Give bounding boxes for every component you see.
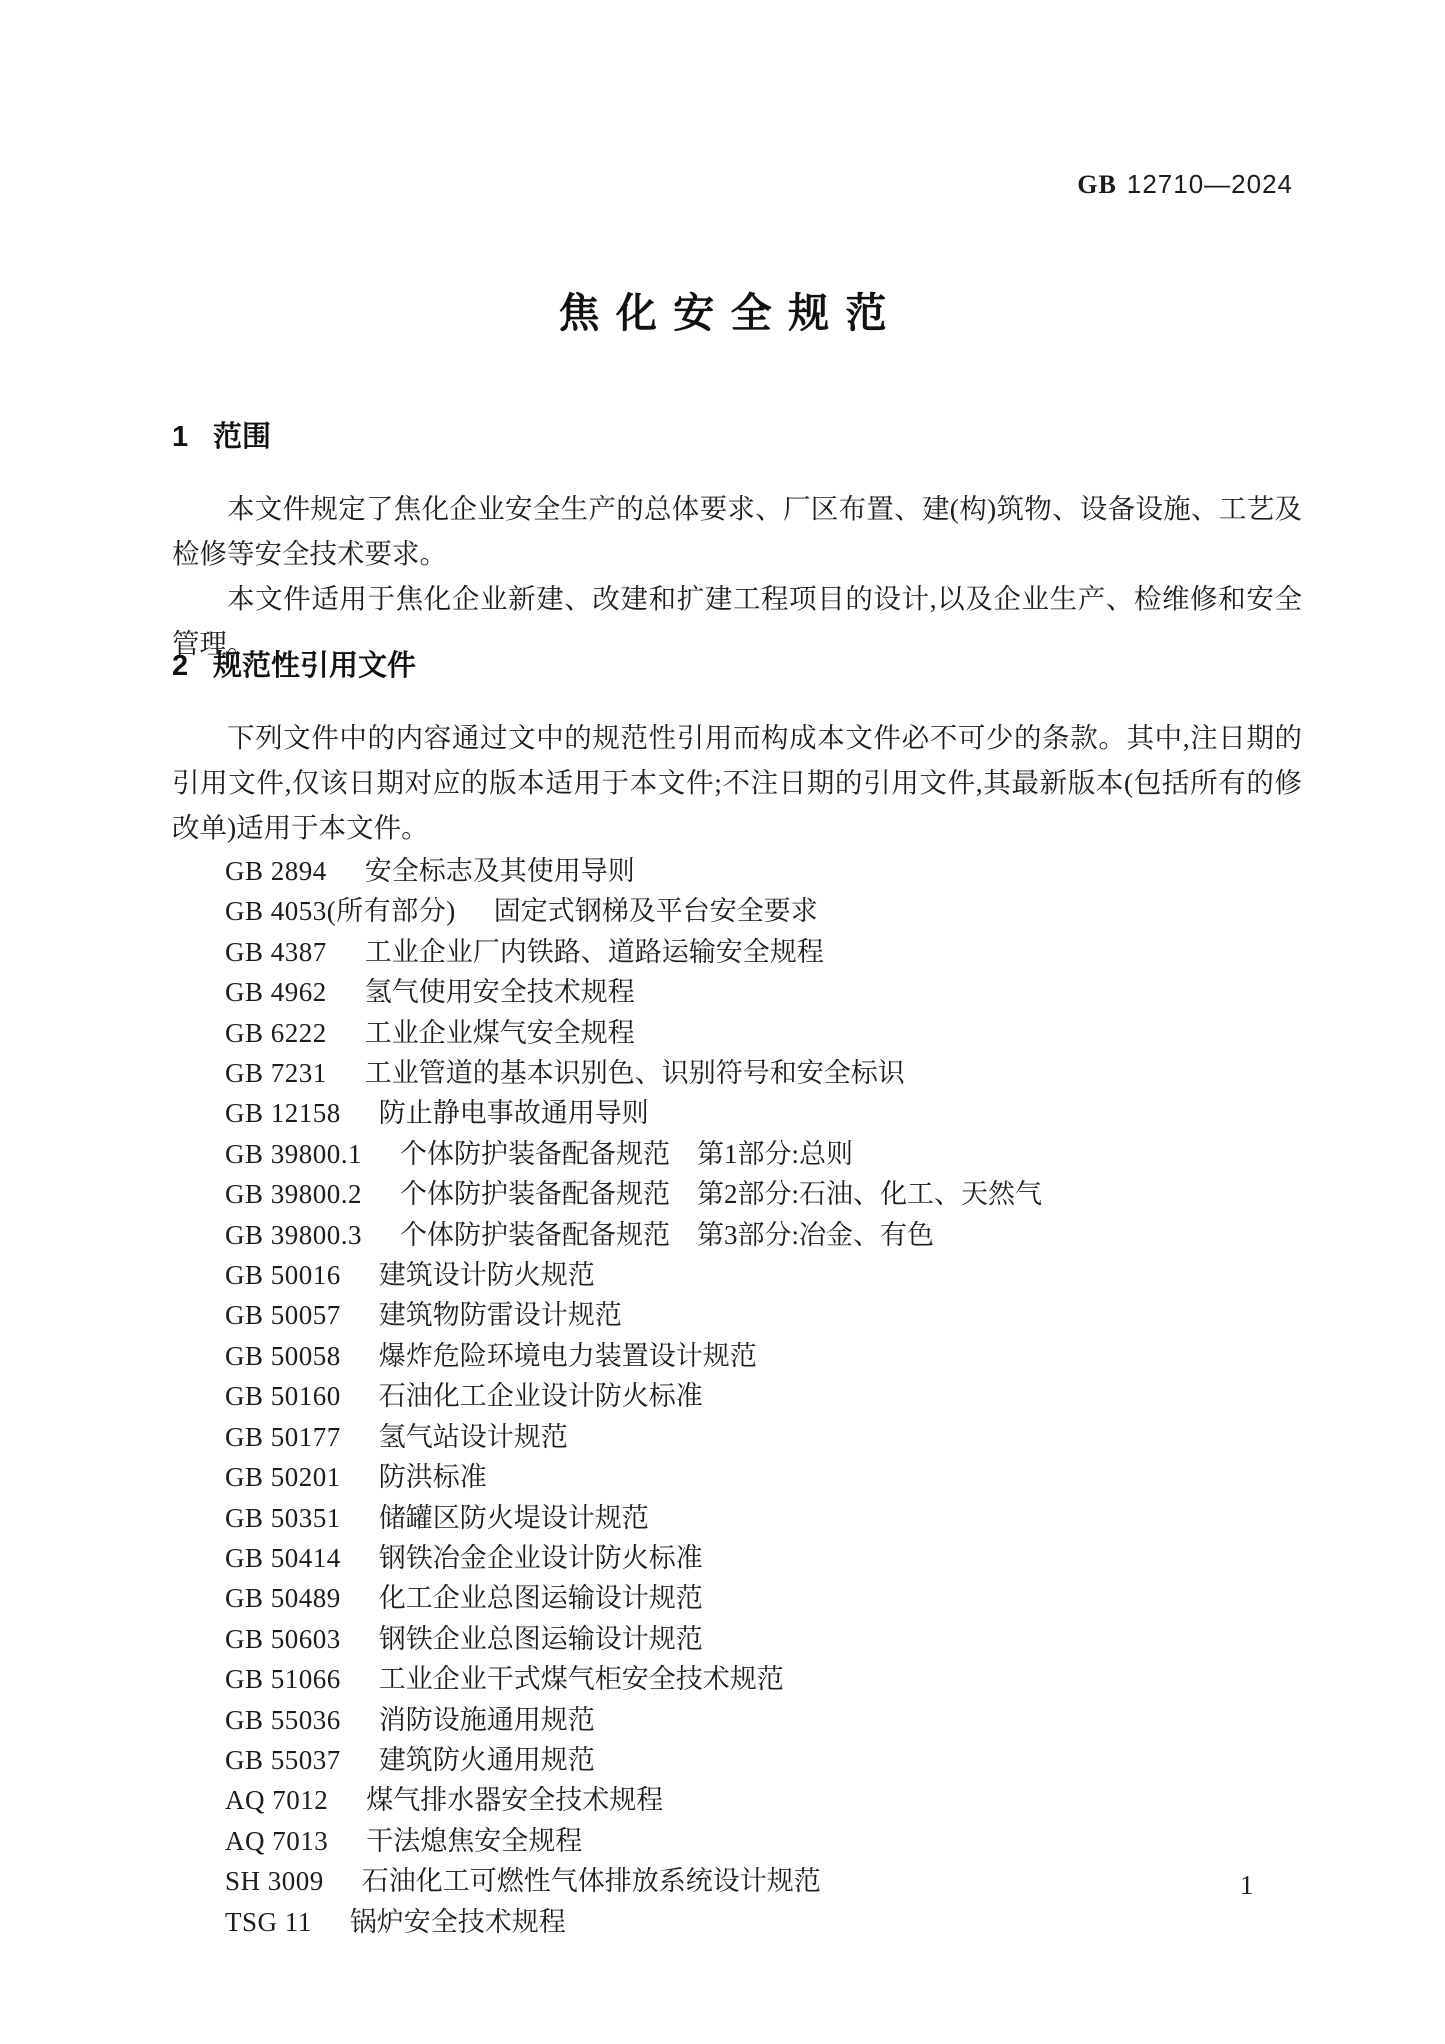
reference-id: GB 50351 <box>225 1503 341 1533</box>
section-normative-references: 2规范性引用文件 下列文件中的内容通过文中的规范性引用而构成本文件必不可少的条款… <box>172 648 1302 1942</box>
reference-item: GB 55036消防设施通用规范 <box>172 1700 1302 1740</box>
reference-id: GB 50489 <box>225 1583 341 1613</box>
section-heading-scope: 1范围 <box>172 419 1302 455</box>
reference-title: 安全标志及其使用导则 <box>365 856 635 886</box>
paragraph-references-intro: 下列文件中的内容通过文中的规范性引用而构成本文件必不可少的条款。其中,注日期的引… <box>172 715 1302 850</box>
reference-title: 钢铁企业总图运输设计规范 <box>379 1624 703 1654</box>
reference-item: GB 2894安全标志及其使用导则 <box>172 851 1302 891</box>
reference-id: GB 50414 <box>225 1543 341 1573</box>
reference-title: 个体防护装备配备规范 第3部分:冶金、有色 <box>400 1220 934 1250</box>
reference-title: 钢铁冶金企业设计防火标准 <box>379 1543 703 1573</box>
reference-title: 干法熄焦安全规程 <box>366 1826 582 1856</box>
reference-item: GB 12158防止静电事故通用导则 <box>172 1093 1302 1133</box>
reference-id: GB 50177 <box>225 1422 341 1452</box>
reference-id: TSG 11 <box>225 1907 312 1937</box>
reference-id: GB 4053(所有部分) <box>225 896 456 926</box>
section-title: 范围 <box>213 421 271 453</box>
reference-id: GB 55037 <box>225 1745 341 1775</box>
reference-title: 工业管道的基本识别色、识别符号和安全标识 <box>365 1058 905 1088</box>
reference-id: GB 55036 <box>225 1705 341 1735</box>
reference-id: GB 39800.2 <box>225 1179 362 1209</box>
reference-title: 化工企业总图运输设计规范 <box>379 1583 703 1613</box>
reference-title: 个体防护装备配备规范 第1部分:总则 <box>400 1139 853 1169</box>
reference-item: GB 50489化工企业总图运输设计规范 <box>172 1578 1302 1618</box>
reference-id: GB 6222 <box>225 1018 327 1048</box>
reference-id: GB 7231 <box>225 1058 327 1088</box>
reference-list: GB 2894安全标志及其使用导则 GB 4053(所有部分)固定式钢梯及平台安… <box>172 851 1302 1942</box>
reference-id: GB 50057 <box>225 1300 341 1330</box>
section-number: 2 <box>172 648 213 684</box>
document-page: GB12710—2024 焦化安全规范 1范围 本文件规定了焦化企业安全生产的总… <box>0 0 1445 2044</box>
reference-title: 建筑物防雷设计规范 <box>379 1300 622 1330</box>
reference-title: 氢气使用安全技术规程 <box>365 977 635 1007</box>
document-title: 焦化安全规范 <box>0 288 1445 338</box>
section-title: 规范性引用文件 <box>213 650 416 682</box>
reference-title: 工业企业煤气安全规程 <box>365 1018 635 1048</box>
reference-item: GB 51066工业企业干式煤气柜安全技术规范 <box>172 1659 1302 1699</box>
standard-prefix: GB <box>1077 170 1117 199</box>
reference-item: GB 50603钢铁企业总图运输设计规范 <box>172 1619 1302 1659</box>
standard-code: 12710—2024 <box>1127 169 1293 199</box>
reference-id: GB 2894 <box>225 856 327 886</box>
reference-title: 石油化工可燃性气体排放系统设计规范 <box>362 1866 821 1896</box>
reference-item: GB 39800.3个体防护装备配备规范 第3部分:冶金、有色 <box>172 1215 1302 1255</box>
reference-item: GB 55037建筑防火通用规范 <box>172 1740 1302 1780</box>
page-number: 1 <box>1240 1870 1254 1901</box>
reference-item: GB 39800.2个体防护装备配备规范 第2部分:石油、化工、天然气 <box>172 1174 1302 1214</box>
reference-title: 建筑设计防火规范 <box>379 1260 595 1290</box>
reference-title: 爆炸危险环境电力装置设计规范 <box>379 1341 757 1371</box>
reference-title: 石油化工企业设计防火标准 <box>379 1381 703 1411</box>
reference-id: GB 50058 <box>225 1341 341 1371</box>
reference-item: GB 50414钢铁冶金企业设计防火标准 <box>172 1538 1302 1578</box>
reference-item: AQ 7012煤气排水器安全技术规程 <box>172 1780 1302 1820</box>
reference-title: 工业企业干式煤气柜安全技术规范 <box>379 1664 784 1694</box>
reference-title: 储罐区防火堤设计规范 <box>379 1503 649 1533</box>
reference-item: GB 50016建筑设计防火规范 <box>172 1255 1302 1295</box>
section-number: 1 <box>172 419 213 455</box>
reference-id: GB 12158 <box>225 1098 341 1128</box>
section-heading-references: 2规范性引用文件 <box>172 648 1302 684</box>
reference-item: GB 50201防洪标准 <box>172 1457 1302 1497</box>
reference-item: GB 7231工业管道的基本识别色、识别符号和安全标识 <box>172 1053 1302 1093</box>
reference-item: GB 39800.1个体防护装备配备规范 第1部分:总则 <box>172 1134 1302 1174</box>
reference-id: GB 39800.1 <box>225 1139 362 1169</box>
reference-id: GB 50016 <box>225 1260 341 1290</box>
reference-item: GB 4053(所有部分)固定式钢梯及平台安全要求 <box>172 891 1302 931</box>
section-scope: 1范围 本文件规定了焦化企业安全生产的总体要求、厂区布置、建(构)筑物、设备设施… <box>172 419 1302 666</box>
reference-item: GB 4962氢气使用安全技术规程 <box>172 972 1302 1012</box>
reference-title: 工业企业厂内铁路、道路运输安全规程 <box>365 937 824 967</box>
reference-title: 氢气站设计规范 <box>379 1422 568 1452</box>
reference-title: 防洪标准 <box>379 1462 487 1492</box>
reference-id: AQ 7013 <box>225 1826 328 1856</box>
reference-item: GB 6222工业企业煤气安全规程 <box>172 1013 1302 1053</box>
reference-item: AQ 7013干法熄焦安全规程 <box>172 1821 1302 1861</box>
reference-id: GB 51066 <box>225 1664 341 1694</box>
reference-id: AQ 7012 <box>225 1785 328 1815</box>
reference-title: 锅炉安全技术规程 <box>350 1907 566 1937</box>
reference-title: 煤气排水器安全技术规程 <box>366 1785 663 1815</box>
reference-id: GB 50160 <box>225 1381 341 1411</box>
reference-item: SH 3009石油化工可燃性气体排放系统设计规范 <box>172 1861 1302 1901</box>
reference-id: GB 50603 <box>225 1624 341 1654</box>
paragraph-scope-1: 本文件规定了焦化企业安全生产的总体要求、厂区布置、建(构)筑物、设备设施、工艺及… <box>172 486 1302 576</box>
reference-id: GB 50201 <box>225 1462 341 1492</box>
reference-title: 固定式钢梯及平台安全要求 <box>494 896 818 926</box>
reference-title: 消防设施通用规范 <box>379 1705 595 1735</box>
reference-item: TSG 11锅炉安全技术规程 <box>172 1902 1302 1942</box>
standard-number: GB12710—2024 <box>1077 168 1293 201</box>
reference-title: 建筑防火通用规范 <box>379 1745 595 1775</box>
reference-item: GB 50351储罐区防火堤设计规范 <box>172 1498 1302 1538</box>
reference-id: SH 3009 <box>225 1866 324 1896</box>
reference-item: GB 50160石油化工企业设计防火标准 <box>172 1376 1302 1416</box>
reference-id: GB 39800.3 <box>225 1220 362 1250</box>
reference-title: 防止静电事故通用导则 <box>379 1098 649 1128</box>
reference-item: GB 50177氢气站设计规范 <box>172 1417 1302 1457</box>
reference-title: 个体防护装备配备规范 第2部分:石油、化工、天然气 <box>400 1179 1042 1209</box>
reference-item: GB 4387工业企业厂内铁路、道路运输安全规程 <box>172 932 1302 972</box>
reference-item: GB 50057建筑物防雷设计规范 <box>172 1295 1302 1335</box>
reference-id: GB 4962 <box>225 977 327 1007</box>
reference-id: GB 4387 <box>225 937 327 967</box>
reference-item: GB 50058爆炸危险环境电力装置设计规范 <box>172 1336 1302 1376</box>
